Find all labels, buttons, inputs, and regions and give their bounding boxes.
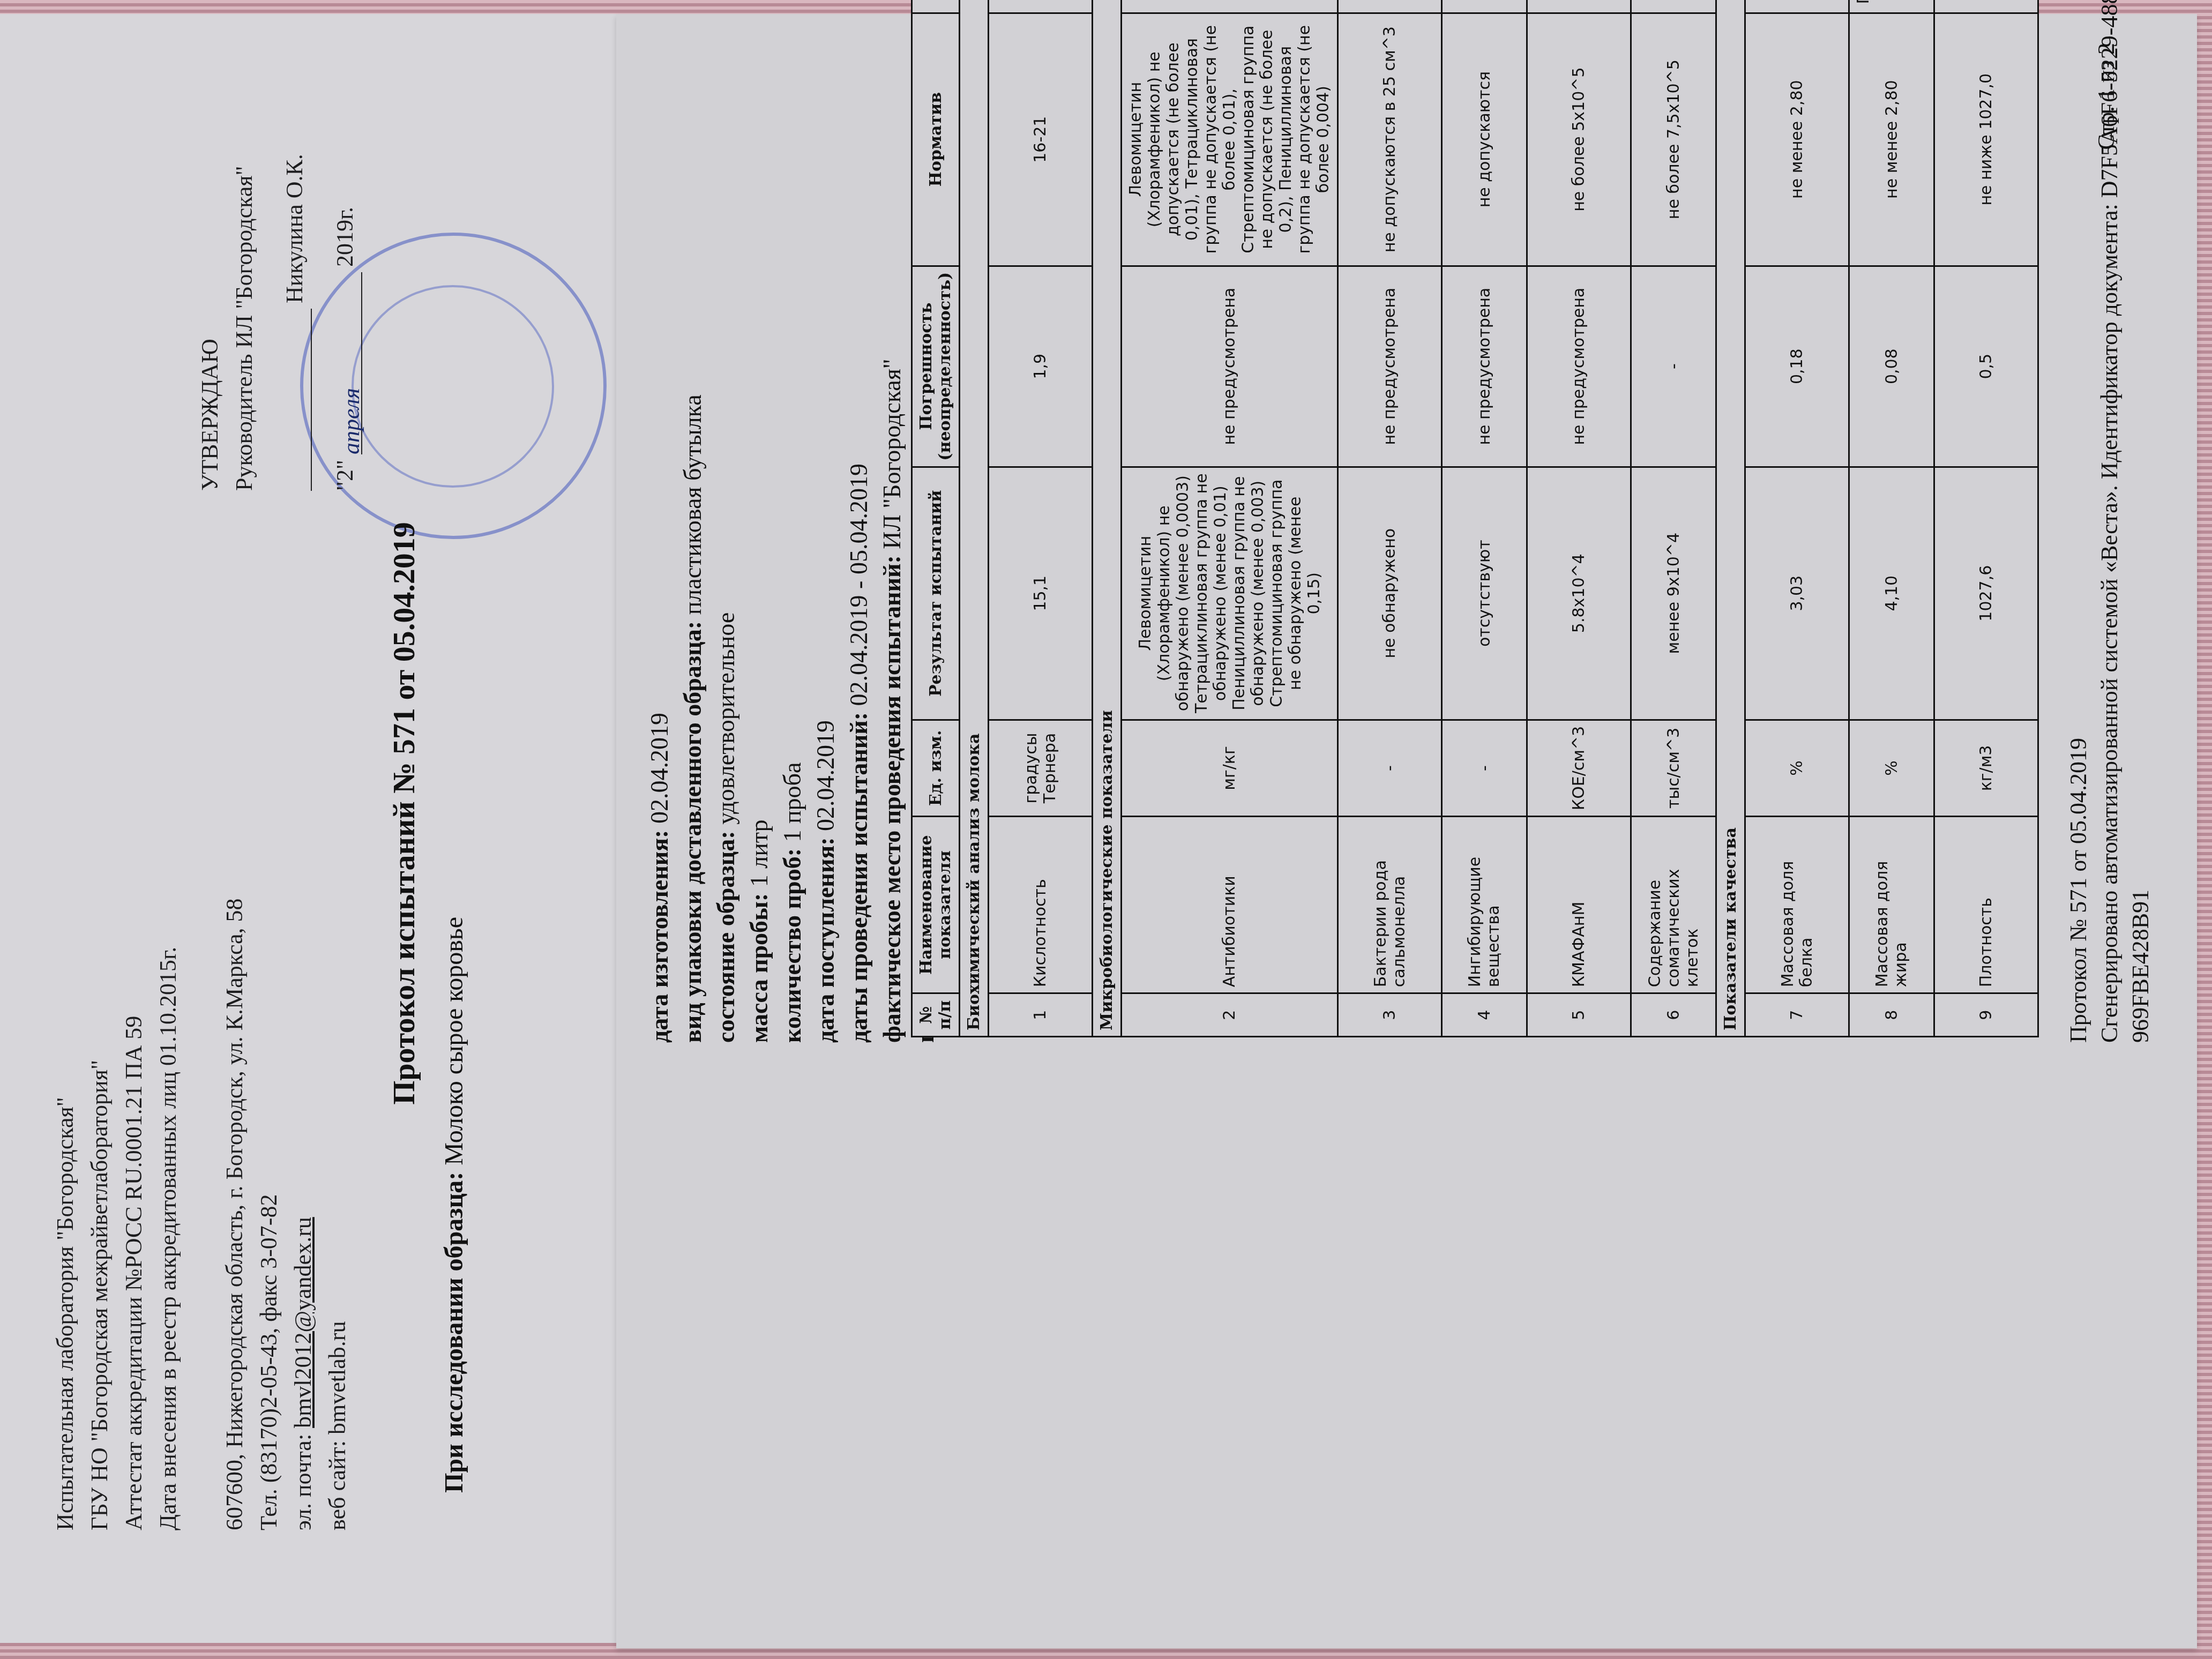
date-month: апреля [334,272,362,454]
cell-error: 0,5 [1934,266,2038,467]
table-row: 8Массовая доля жира%4,100,08не менее 2,8… [1849,0,1934,1037]
document-footer: Протокол № 571 от 05.04.2019 Сгенерирова… [2063,0,2156,1043]
cell-name: Массовая доля белка [1745,817,1849,993]
column-header: Наименование показателя [912,817,960,993]
cell-error: не предусмотрена [1442,266,1527,467]
info-field: фактическое место проведения испытаний: … [876,78,909,1043]
cell-method: ГОСТ 5867-90 - Молоко и молочные продукт… [1849,0,1934,13]
lab-organization: ГБУ НО "Богородская межрайветлаборатория… [83,566,117,1530]
table-header-row: № п/пНаименование показателяЕд. изм.Резу… [912,0,960,1037]
cell-error: не предусмотрена [1527,266,1631,467]
cell-n: 3 [1338,993,1442,1037]
cell-error: не предусмотрена [1122,266,1338,467]
cell-unit: % [1849,720,1934,816]
cell-result: отсутствуют [1442,467,1527,720]
info-label: дата поступления: [812,837,839,1043]
rotated-document-stage: Испытательная лаборатория "Богородская" … [0,0,2212,1659]
cell-name: Массовая доля жира [1849,817,1934,993]
cell-n: 2 [1122,993,1338,1037]
sample-label: При исследовании образца: [440,1172,468,1493]
info-label: даты проведения испытаний: [845,712,872,1043]
cell-result: 5.8x10^4 [1527,467,1631,720]
cell-norm: не допускаются в 25 см^3 [1338,13,1442,266]
cell-unit: % [1745,720,1849,816]
cell-method: ГОСТ 32901-2014 - Молоко и молочная прод… [1527,0,1631,13]
cell-name: Содержание соматических клеток [1631,817,1716,993]
column-header: Результат испытаний [912,467,960,720]
section-title: Биохимический анализ молока [960,0,989,1037]
info-label: фактическое место проведения испытаний: [878,555,906,1043]
sample-info: дата изготовления: 02.04.2019вид упаковк… [643,78,942,1043]
info-field: вид упаковки доставленного образца: плас… [676,78,709,1043]
table-row: 7Массовая доля белка%3,030,18не менее 2,… [1745,0,1849,1037]
info-label: состояние образца: [712,831,739,1043]
cell-method: ГОСТ 23453-2014 - Молоко сырое. Методы о… [1631,0,1716,13]
info-value: 1 проба [779,763,806,848]
cell-result: Левомицетин (Хлорамфеникол) не обнаружен… [1122,467,1338,720]
lab-website: веб сайт: bmvetlab.ru [320,566,355,1530]
cell-name: Антибиотики [1122,817,1338,993]
approval-title: УТВЕРЖДАЮ [193,9,227,491]
cell-method: ГОСТ 31659-2012 (ISO 6579:2002) - Продук… [1338,0,1442,13]
cell-n: 9 [1934,993,2038,1037]
info-value: удовлетворительное [712,612,739,831]
approver-name: Никулина О.К. [278,154,312,303]
cell-unit: - [1442,720,1527,816]
cell-name: КМАФАнМ [1527,817,1631,993]
sample-value: Молоко сырое коровье [440,917,468,1172]
cell-norm: 16-21 [989,13,1093,266]
table-section-row: Показатели качества [1716,0,1745,1037]
footer-protocol: Протокол № 571 от 05.04.2019 [2063,0,2094,1043]
table-row: 5КМАФАнМКОЕ/см^35.8x10^4не предусмотрена… [1527,0,1631,1037]
info-label: количество проб: [779,848,806,1043]
info-value: 02.04.2019 [646,713,673,830]
info-value: 02.04.2019 - 05.04.2019 [845,464,872,712]
cell-name: Плотность [1934,817,2038,993]
cell-unit: КОЕ/см^3 [1527,720,1631,816]
table-row: 9Плотностькг/м31027,60,5не ниже 1027,0ГО… [1934,0,2038,1037]
registry-date: Дата внесения в реестр аккредитованных л… [151,566,185,1530]
info-value: 1 литр [745,820,773,893]
column-header: Ед. изм. [912,720,960,816]
info-field: масса пробы: 1 литр [743,78,776,1043]
footer-generated: Сгенерировано автоматизированной системо… [2094,0,2156,1043]
cell-norm: не менее 2,80 [1745,13,1849,266]
cell-unit: градусы Тернера [989,720,1093,816]
info-field: состояние образца: удовлетворительное [709,78,743,1043]
document-title: Протокол испытаний № 571 от 05.04.2019 [386,0,422,1643]
lab-phone: Тел. (83170)2-05-43, факс 3-07-82 [252,566,286,1530]
cell-result: 1027,6 [1934,467,2038,720]
section-title: Микробиологические показатели [1093,0,1122,1037]
cell-name: Бактерии рода сальмонелла [1338,817,1442,993]
cell-unit: кг/м3 [1934,720,2038,816]
signature-line: Никулина О.К. [278,9,312,491]
info-field: дата поступления: 02.04.2019 [809,78,842,1043]
cell-error: 1,9 [989,266,1093,467]
cell-error: 0,18 [1745,266,1849,467]
cell-method: ГОСТ Р 54758-2011 - Молоко и продукты пе… [1934,0,2038,13]
lab-address: 607600, Нижегородская область, г. Богоро… [218,566,252,1530]
info-field: количество проб: 1 проба [776,78,809,1043]
cell-result: менее 9x10^4 [1631,467,1716,720]
cell-name: Ингибирующие вещества [1442,817,1527,993]
date-year: 2019г. [328,207,362,267]
cell-unit: мг/кг [1122,720,1338,816]
cell-unit: тыс/см^3 [1631,720,1716,816]
lab-name: Испытательная лаборатория "Богородская" [48,566,83,1530]
table-row: 6Содержание соматических клетоктыс/см^3м… [1631,0,1716,1037]
cell-error: 0,08 [1849,266,1934,467]
page-number: Стр. 1 из 2 [2093,43,2120,150]
cell-result: 15,1 [989,467,1093,720]
info-value: 02.04.2019 [812,720,839,838]
table-row: 3Бактерии рода сальмонелла-не обнаружено… [1338,0,1442,1037]
cell-method: ГОСТ 23454-2016 - Молоко. Методы определ… [1442,0,1527,13]
cell-unit: - [1338,720,1442,816]
info-field: даты проведения испытаний: 02.04.2019 - … [842,78,876,1043]
cell-name: Кислотность [989,817,1093,993]
cell-method: ГОСТ Р 54669-2011 - Молоко и продукты пе… [989,0,1093,13]
info-value: пластиковая бутылка [679,394,706,621]
cell-result: 4,10 [1849,467,1934,720]
info-label: дата изготовления: [646,830,673,1043]
cell-norm: Левомицетин (Хлорамфеникол) не допускает… [1122,13,1338,266]
cell-error: - [1631,266,1716,467]
section-title: Показатели качества [1716,0,1745,1037]
info-label: вид упаковки доставленного образца: [679,621,706,1043]
lab-email-line: эл. почта: bmvl2012@yandex.ru [286,566,320,1530]
info-field: дата изготовления: 02.04.2019 [643,78,676,1043]
cell-norm: не допускаются [1442,13,1527,266]
table-row: 2Антибиотикимг/кгЛевомицетин (Хлорамфени… [1122,0,1338,1037]
cell-n: 5 [1527,993,1631,1037]
accreditation: Аттестат аккредитации №РОСС RU.0001.21 П… [117,566,151,1530]
approval-block: УТВЕРЖДАЮ Руководитель ИЛ "Богородская" … [193,9,362,491]
cell-n: 8 [1849,993,1934,1037]
cell-n: 7 [1745,993,1849,1037]
email-link[interactable]: bmvl2012@yandex.ru [290,1217,316,1428]
cell-n: 6 [1631,993,1716,1037]
results-table: № п/пНаименование показателяЕд. изм.Резу… [911,0,2039,1037]
sample-line: При исследовании образца: Молоко сырое к… [439,917,469,1493]
cell-norm: не менее 2,80 [1849,13,1934,266]
cell-n: 4 [1442,993,1527,1037]
cell-norm: не ниже 1027,0 [1934,13,2038,266]
column-header: Норматив [912,13,960,266]
column-header: № п/п [912,993,960,1037]
table-row: 4Ингибирующие вещества-отсутствуютне пре… [1442,0,1527,1037]
table-row: 1Кислотностьградусы Тернера15,11,916-21Г… [989,0,1093,1037]
approval-date: "2" апреля 2019г. [328,9,362,491]
cell-result: не обнаружено [1338,467,1442,720]
info-value: ИЛ "Богородская" [878,358,906,555]
cell-result: 3,03 [1745,467,1849,720]
table-section-row: Микробиологические показатели [1093,0,1122,1037]
date-day: "2" [328,460,362,491]
email-label: эл. почта: [290,1428,316,1530]
table-section-row: Биохимический анализ молока [960,0,989,1037]
cell-n: 1 [989,993,1093,1037]
cell-norm: не более 5x10^5 [1527,13,1631,266]
cell-method: ГОСТ 32219-2013 - Молоко и молочные прод… [1122,0,1338,13]
cell-method: ГОСТ 25179-2014 - Молоко и молочные прод… [1745,0,1849,13]
signature-field [284,309,312,491]
column-header: НД на метод испытаний [912,0,960,13]
lab-header: Испытательная лаборатория "Богородская" … [48,566,355,1530]
cell-norm: не более 7,5x10^5 [1631,13,1716,266]
info-label: масса пробы: [745,893,773,1043]
approval-position: Руководитель ИЛ "Богородская" [227,9,261,491]
column-header: Погрешность (неопределенность) [912,266,960,467]
cell-error: не предусмотрена [1338,266,1442,467]
